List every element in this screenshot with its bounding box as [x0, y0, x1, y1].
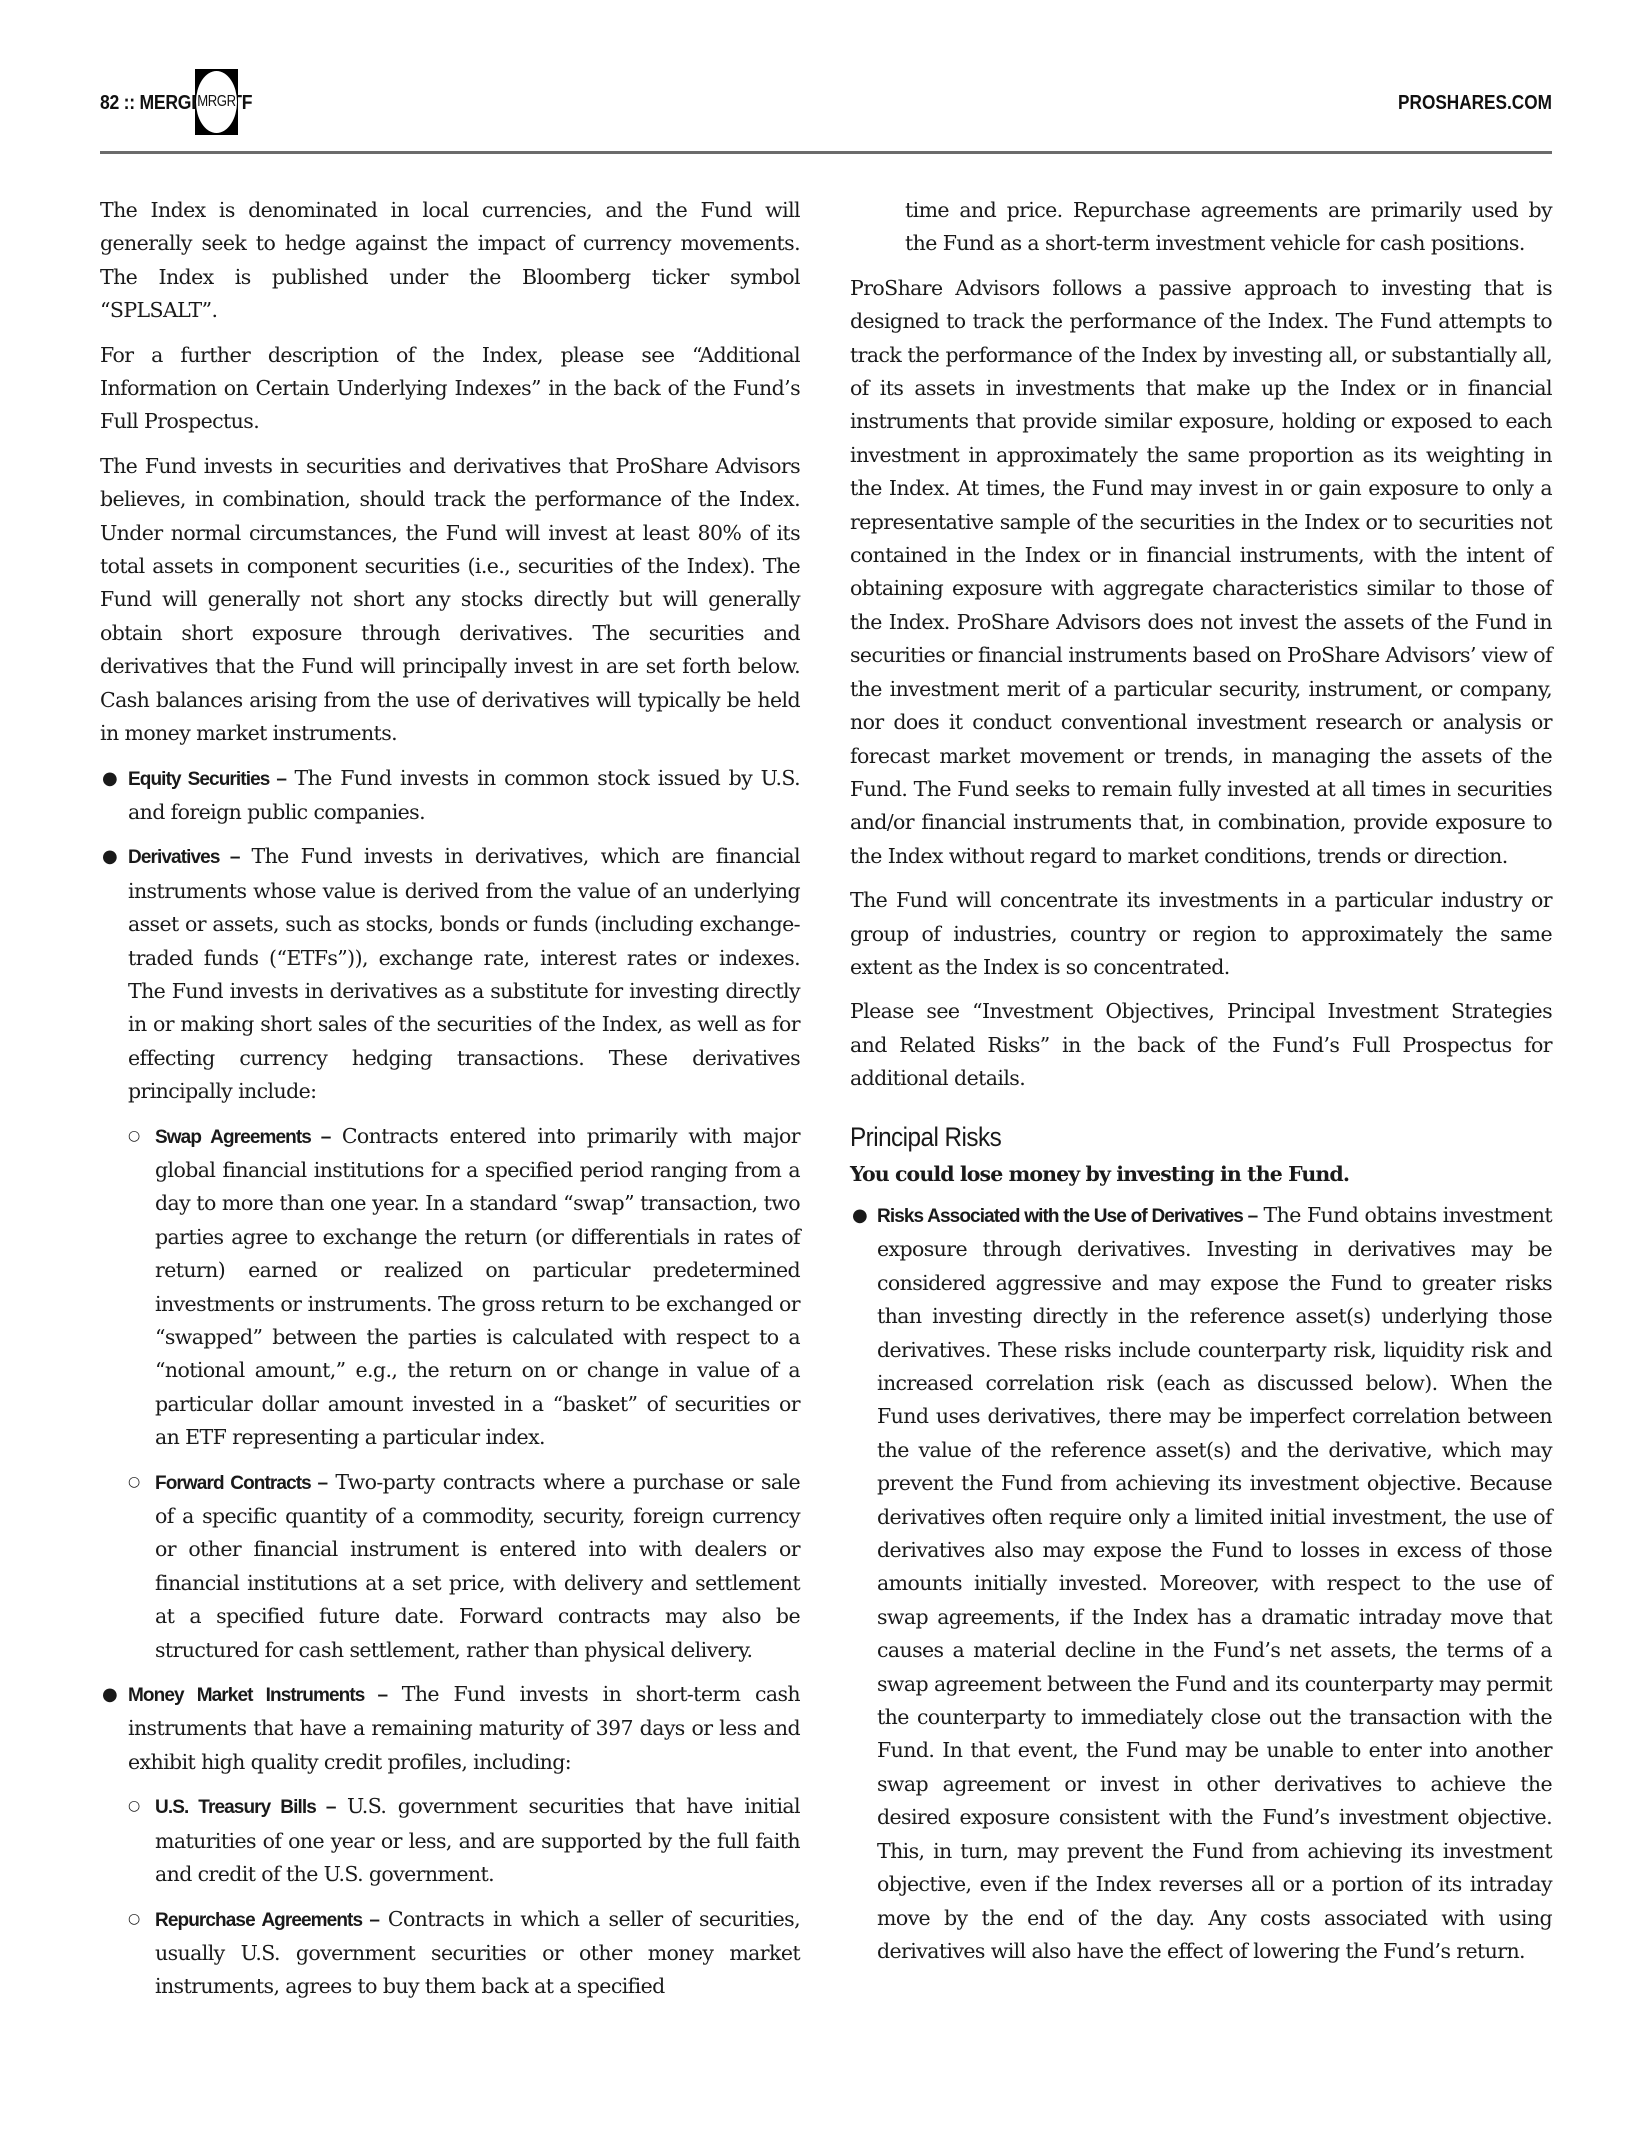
header-divider — [100, 151, 1552, 154]
sublist-item-swap-agreements: ○ Swap Agreements – Contracts entered in… — [128, 1120, 800, 1455]
term-label: Derivatives – — [128, 847, 240, 868]
section-heading-principal-risks: Principal Risks — [850, 1120, 1482, 1154]
term-label: Swap Agreements – — [155, 1127, 330, 1148]
sub-bullet-icon: ○ — [128, 1903, 140, 1936]
term-label: Equity Securities – — [128, 769, 286, 790]
bullet-icon: ● — [102, 762, 117, 795]
paragraph-passive-approach: ProShare Advisors follows a passive appr… — [850, 272, 1552, 873]
list-item-derivatives-risk: ● Risks Associated with the Use of Deriv… — [850, 1199, 1552, 1968]
ticker-badge-disc: MRGR — [196, 71, 237, 133]
term-text: The Fund obtains investment exposure thr… — [877, 1203, 1552, 1963]
sublist-item-forward-contracts: ○ Forward Contracts – Two-party contract… — [128, 1466, 800, 1667]
right-column: time and price. Repurchase agreements ar… — [850, 194, 1552, 1979]
term-text: The Fund invests in derivatives, which a… — [128, 844, 800, 1103]
repurchase-continuation: time and price. Repurchase agreements ar… — [850, 194, 1552, 261]
term-text: Two-party contracts where a purchase or … — [155, 1470, 800, 1662]
list-item-derivatives: ● Derivatives – The Fund invests in deri… — [100, 840, 800, 1667]
bullet-icon: ● — [852, 1199, 867, 1232]
term-label: Repurchase Agreements – — [155, 1910, 379, 1931]
site-link[interactable]: PROSHARES.COM — [1398, 92, 1552, 115]
term-text: Contracts entered into primarily with ma… — [155, 1124, 800, 1450]
term-label: Risks Associated with the Use of Derivat… — [877, 1206, 1257, 1227]
derivatives-sublist: ○ Swap Agreements – Contracts entered in… — [128, 1120, 800, 1668]
ticker-badge-label: MRGR — [197, 93, 235, 111]
bullet-icon: ● — [102, 1678, 117, 1711]
bullet-icon: ● — [102, 840, 117, 873]
sub-bullet-icon: ○ — [128, 1120, 140, 1153]
sublist-item-treasury-bills: ○ U.S. Treasury Bills – U.S. government … — [128, 1790, 800, 1891]
paragraph-index-currency: The Index is denominated in local curren… — [100, 194, 800, 328]
sub-bullet-icon: ○ — [128, 1466, 140, 1499]
paragraph-see-prospectus: Please see “Investment Objectives, Princ… — [850, 995, 1552, 1095]
paragraph-index-description: For a further description of the Index, … — [100, 339, 800, 439]
list-item-equity-securities: ● Equity Securities – The Fund invests i… — [100, 762, 800, 830]
sublist-item-repurchase-agreements: ○ Repurchase Agreements – Contracts in w… — [128, 1903, 800, 2004]
list-item-money-market: ● Money Market Instruments – The Fund in… — [100, 1678, 800, 2004]
term-label: Money Market Instruments – — [128, 1685, 387, 1706]
risks-list: ● Risks Associated with the Use of Deriv… — [850, 1199, 1552, 1968]
money-market-sublist: ○ U.S. Treasury Bills – U.S. government … — [128, 1790, 800, 2003]
ticker-badge-icon: MRGR — [195, 69, 238, 135]
paragraph-concentration: The Fund will concentrate its investment… — [850, 884, 1552, 984]
sub-bullet-icon: ○ — [128, 1790, 140, 1823]
paragraph-fund-invests: The Fund invests in securities and deriv… — [100, 450, 800, 751]
page-header: 82 :: MERGER ETF MRGR PROSHARES.COM — [100, 0, 1552, 152]
left-column: The Index is denominated in local curren… — [100, 194, 800, 2015]
term-label: Forward Contracts – — [155, 1473, 327, 1494]
risk-warning: You could lose money by investing in the… — [850, 1158, 1552, 1191]
term-label: U.S. Treasury Bills – — [155, 1797, 336, 1818]
investment-types-list: ● Equity Securities – The Fund invests i… — [100, 762, 800, 2004]
